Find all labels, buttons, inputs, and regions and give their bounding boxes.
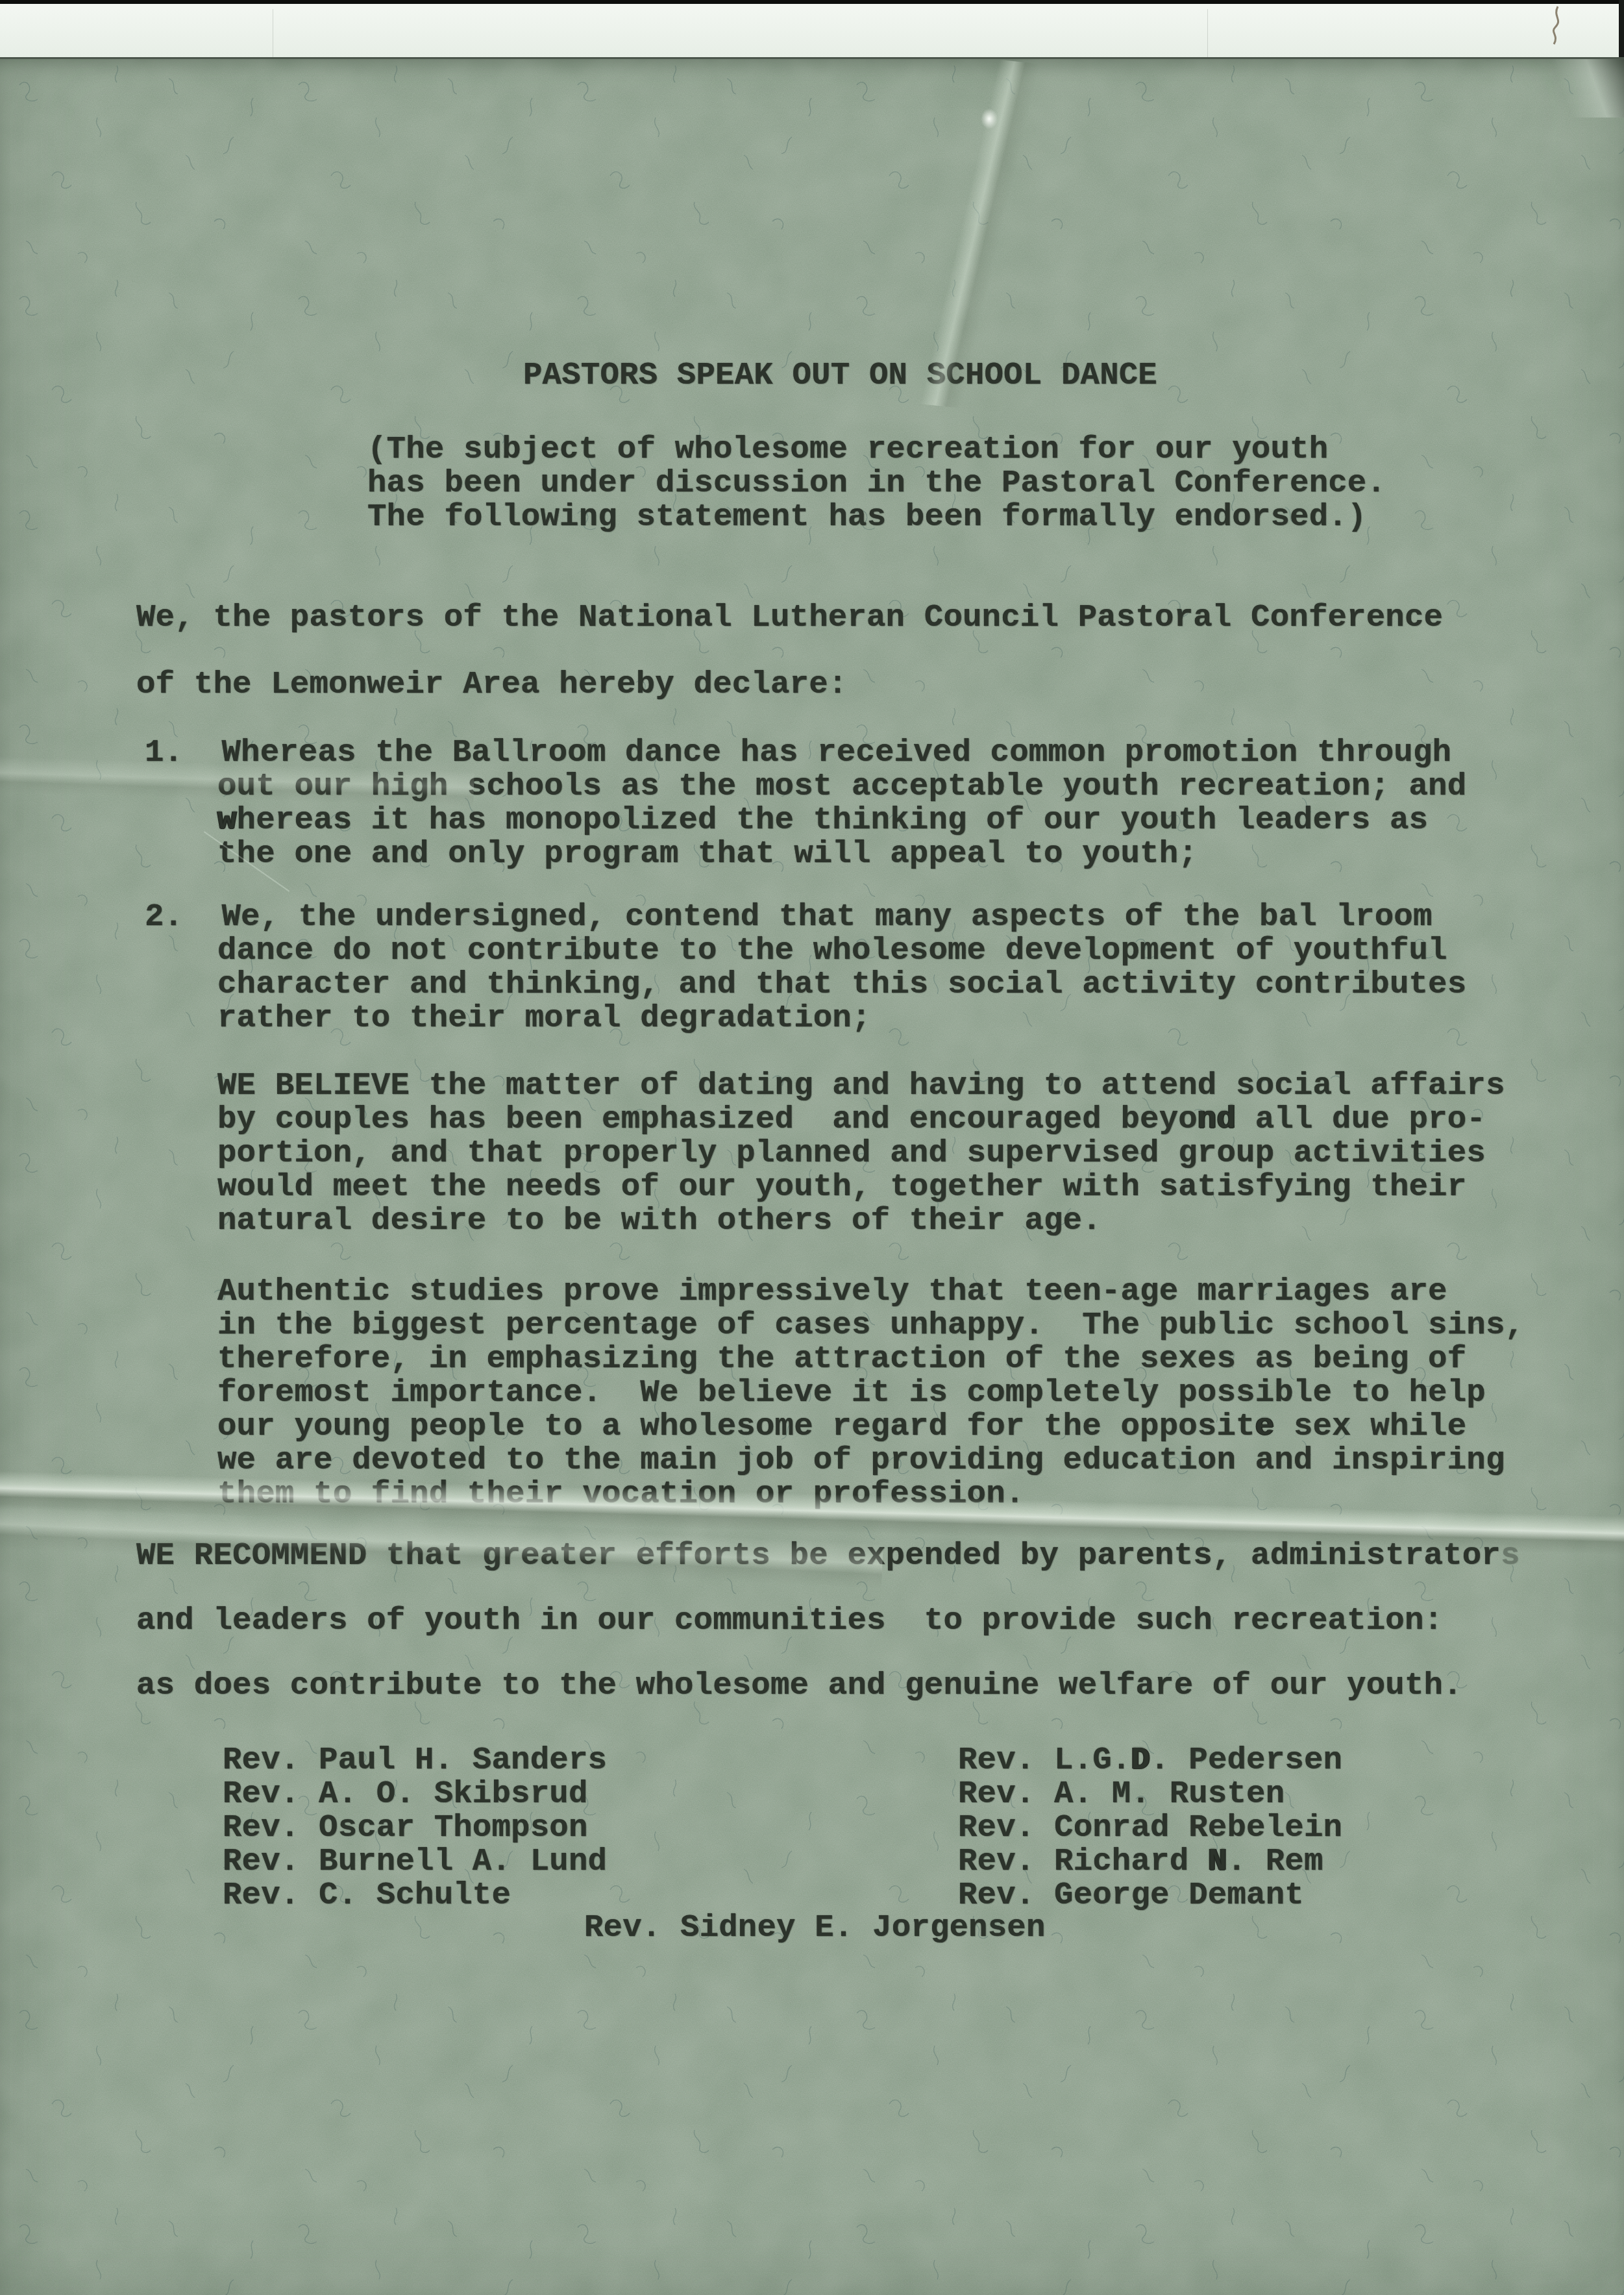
signature-name: Rev. A. O. Skibsrud bbox=[223, 1777, 588, 1811]
item-line: 1. Whereas the Ballroom dance has receiv… bbox=[145, 736, 1451, 769]
paper-document: PASTORS SPEAK OUT ON SCHOOL DANCE (The s… bbox=[0, 57, 1624, 2295]
faded-char: s bbox=[1501, 1537, 1520, 1574]
paragraph-line: as does contribute to the wholesome and … bbox=[136, 1669, 1462, 1702]
paragraph-line-text: sex while bbox=[1274, 1408, 1466, 1445]
overstruck-char: e bbox=[1255, 1408, 1275, 1445]
overstruck-char: D bbox=[1131, 1742, 1150, 1778]
paragraph-line-text: by couples has been emphasized and encou… bbox=[217, 1101, 1198, 1137]
signature-name: Rev. Conrad Rebelein bbox=[958, 1811, 1342, 1844]
signature-name: Rev. Burnell A. Lund bbox=[223, 1844, 607, 1878]
paragraph-line: therefore, in emphasizing the attraction… bbox=[217, 1342, 1466, 1376]
paragraph-line: we are devoted to the main job of provid… bbox=[217, 1443, 1505, 1477]
preamble-line: of the Lemonweir Area hereby declare: bbox=[136, 667, 847, 701]
signature-name: Rev. Richard N. Rem bbox=[958, 1844, 1323, 1878]
scan-hairline bbox=[1207, 9, 1208, 60]
preamble-line: We, the pastors of the National Lutheran… bbox=[136, 601, 1443, 634]
item-line: the one and only program that will appea… bbox=[217, 837, 1198, 871]
paragraph-line-text: our young people to a wholesome regard f… bbox=[217, 1408, 1255, 1445]
scanned-page: PASTORS SPEAK OUT ON SCHOOL DANCE (The s… bbox=[0, 0, 1624, 2295]
signature-name: Rev. Paul H. Sanders bbox=[223, 1743, 607, 1777]
overstruck-char: nd bbox=[1198, 1101, 1236, 1137]
signature-name-center: Rev. Sidney E. Jorgensen bbox=[584, 1911, 1046, 1944]
paragraph-line: foremost importance. We believe it is co… bbox=[217, 1376, 1486, 1409]
scan-hairline bbox=[273, 9, 273, 60]
paragraph-line: Authentic studies prove impressively tha… bbox=[217, 1274, 1447, 1308]
paragraph-line: our young people to a wholesome regard f… bbox=[217, 1409, 1466, 1443]
signature-text: . Rem bbox=[1227, 1843, 1323, 1879]
paragraph-line: natural desire to be with others of thei… bbox=[217, 1204, 1101, 1237]
signature-name: Rev. A. M. Rusten bbox=[958, 1777, 1285, 1811]
note-line: The following statement has been formall… bbox=[367, 500, 1366, 534]
signature-name: Rev. C. Schulte bbox=[223, 1878, 511, 1912]
paragraph-line-text: all due pro- bbox=[1236, 1101, 1486, 1137]
paragraph-line: WE BELIEVE the matter of dating and havi… bbox=[217, 1069, 1505, 1102]
item-line-text: hereas it has monopolized the thinking o… bbox=[237, 802, 1429, 838]
scanner-edge-right bbox=[1619, 0, 1624, 60]
item-line: character and thinking, and that this so… bbox=[217, 967, 1466, 1001]
overstruck-char: N bbox=[1208, 1843, 1227, 1879]
paragraph-line: by couples has been emphasized and encou… bbox=[217, 1102, 1486, 1136]
item-line: dance do not contribute to the wholesome… bbox=[217, 934, 1447, 967]
signature-name: Rev. Oscar Thompson bbox=[223, 1811, 588, 1844]
paragraph-line: them to find their vocation or professio… bbox=[217, 1477, 1024, 1511]
signature-name: Rev. George Demant bbox=[958, 1878, 1304, 1912]
signature-text: Rev. Richard bbox=[958, 1843, 1208, 1879]
item-line: out our high schools as the most accepta… bbox=[217, 769, 1466, 803]
scanner-background bbox=[0, 4, 1624, 57]
document-title: PASTORS SPEAK OUT ON SCHOOL DANCE bbox=[523, 358, 1157, 392]
paragraph-line-text: WE RECOMMEND that greater efforts be exp… bbox=[136, 1537, 1501, 1574]
paragraph-line: WE RECOMMEND that greater efforts be exp… bbox=[136, 1539, 1520, 1572]
signature-text: Rev. L.G. bbox=[958, 1742, 1131, 1778]
item-line: rather to their moral degradation; bbox=[217, 1001, 871, 1035]
paragraph-line: portion, and that properly planned and s… bbox=[217, 1136, 1486, 1170]
item-line: whereas it has monopolized the thinking … bbox=[217, 803, 1428, 837]
typewritten-text: PASTORS SPEAK OUT ON SCHOOL DANCE (The s… bbox=[0, 59, 1624, 2295]
paragraph-line: and leaders of youth in our communities … bbox=[136, 1604, 1443, 1637]
item-line: 2. We, the undersigned, contend that man… bbox=[145, 900, 1433, 934]
overstruck-char: w bbox=[217, 802, 237, 838]
paragraph-line: in the biggest percentage of cases unhap… bbox=[217, 1308, 1524, 1342]
pencil-squiggle-mark bbox=[1538, 1, 1603, 53]
note-line: (The subject of wholesome recreation for… bbox=[367, 432, 1328, 466]
paragraph-line: would meet the needs of our youth, toget… bbox=[217, 1170, 1466, 1204]
note-line: has been under discussion in the Pastora… bbox=[367, 466, 1386, 500]
signature-text: . Pedersen bbox=[1150, 1742, 1342, 1778]
signature-name: Rev. L.G.D. Pedersen bbox=[958, 1743, 1342, 1777]
